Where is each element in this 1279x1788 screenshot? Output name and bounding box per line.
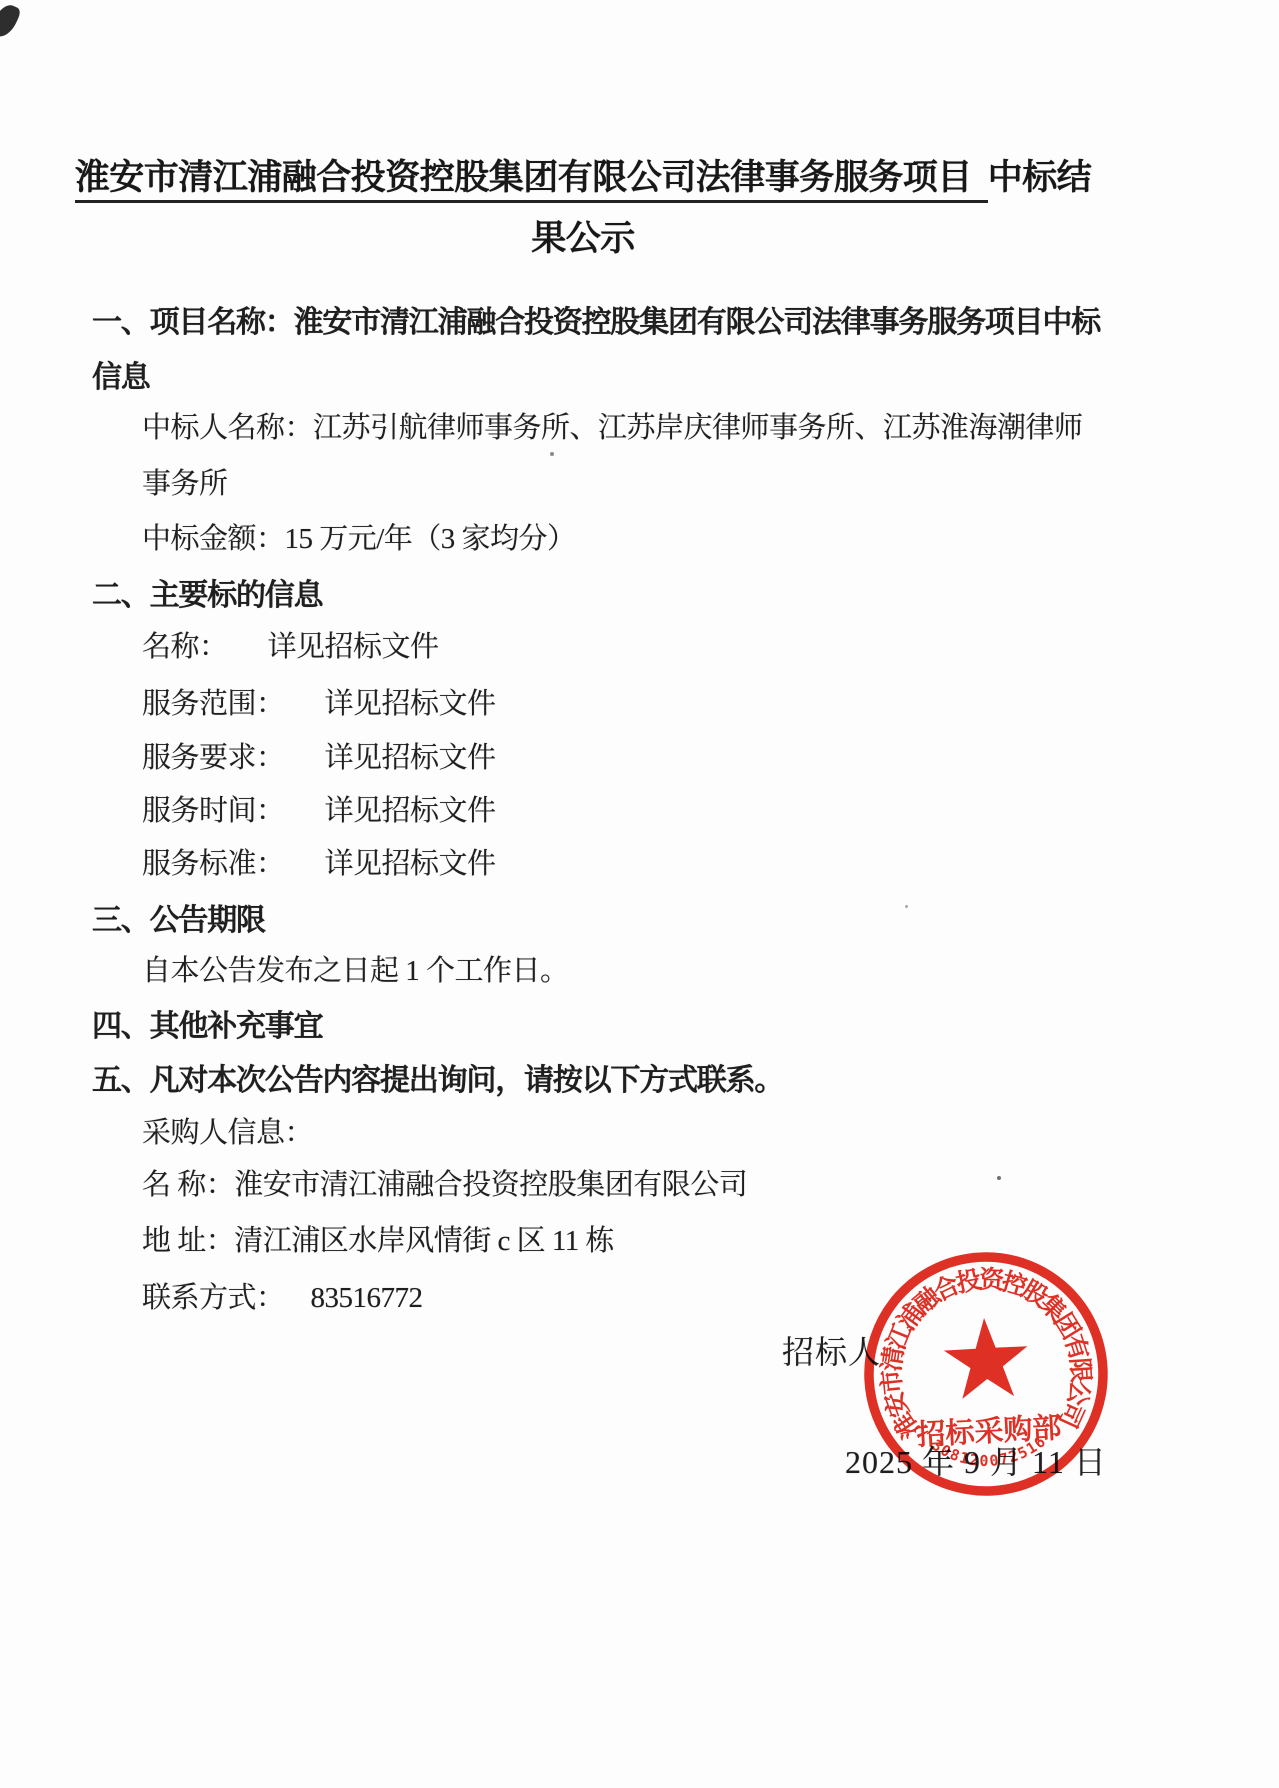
title-suffix: 中标结 <box>988 158 1092 197</box>
purchaser-address-value: 清江浦区水岸风情街 c 区 11 栋 <box>234 1225 614 1257</box>
purchaser-address-row: 地 址：清江浦区水岸风情街 c 区 11 栋 <box>142 1218 614 1259</box>
purchaser-contact-value: 83516772 <box>311 1282 423 1314</box>
scan-speck <box>550 452 554 456</box>
seal-star-icon <box>942 1316 1030 1400</box>
winner-names-line1: 中标人名称：江苏引航律师事务所、江苏岸庆律师事务所、江苏淮海潮律师 <box>142 405 1083 446</box>
announcement-period-text: 自本公告发布之日起 1 个工作日。 <box>142 948 569 989</box>
purchaser-name-value: 淮安市清江浦融合投资控股集团有限公司 <box>234 1169 747 1201</box>
purchaser-info-heading: 采购人信息： <box>142 1110 313 1151</box>
section1-heading-line2: 信息 <box>92 352 150 396</box>
item-row-scope: 服务范围：详见招标文件 <box>142 681 496 722</box>
purchaser-name-label: 名 称： <box>142 1169 234 1201</box>
purchaser-address-label: 地 址： <box>142 1225 234 1257</box>
scan-speck <box>997 1176 1001 1180</box>
item-value: 详见招标文件 <box>325 848 496 880</box>
purchaser-contact-row: 联系方式：83516772 <box>142 1275 423 1316</box>
item-label: 服务时间： <box>142 795 285 827</box>
project-name-underlined: 淮安市清江浦融合投资控股集团有限公司法律事务服务项目 <box>75 158 988 203</box>
section4-heading: 四、其他补充事宜 <box>92 1001 322 1045</box>
document-page: 淮安市清江浦融合投资控股集团有限公司法律事务服务项目中标结 果公示 一、项目名称… <box>0 0 1279 1788</box>
item-label: 服务范围： <box>142 688 285 720</box>
item-label: 服务标准： <box>142 848 285 880</box>
item-value: 详见招标文件 <box>268 631 439 663</box>
item-label: 名称： <box>142 631 228 663</box>
document-title-line-2: 果公示 <box>0 211 1166 261</box>
item-value: 详见招标文件 <box>325 688 496 720</box>
purchaser-contact-label: 联系方式： <box>142 1282 285 1314</box>
winner-names-line2: 事务所 <box>142 461 228 502</box>
section2-heading: 二、主要标的信息 <box>92 570 322 614</box>
section3-heading: 三、公告期限 <box>92 895 265 939</box>
item-value: 详见招标文件 <box>325 742 496 774</box>
scan-speck <box>905 905 908 908</box>
official-seal: 淮安市清江浦融合投资控股集团有限公司 招标采购部 308120072516 <box>854 1242 1120 1508</box>
item-row-requirements: 服务要求：详见招标文件 <box>142 735 496 776</box>
section5-heading: 五、凡对本次公告内容提出询问，请按以下方式联系。 <box>92 1055 783 1099</box>
item-value: 详见招标文件 <box>325 795 496 827</box>
scan-artifact-corner <box>0 1 22 41</box>
item-row-name: 名称：详见招标文件 <box>142 624 439 665</box>
winning-amount-line: 中标金额：15 万元/年（3 家均分） <box>142 516 576 557</box>
item-label: 服务要求： <box>142 742 285 774</box>
section1-heading-line1: 一、项目名称：淮安市清江浦融合投资控股集团有限公司法律事务服务项目中标 <box>92 297 1100 341</box>
item-row-time: 服务时间：详见招标文件 <box>142 788 496 829</box>
purchaser-name-row: 名 称：淮安市清江浦融合投资控股集团有限公司 <box>142 1162 747 1203</box>
document-title-line-1: 淮安市清江浦融合投资控股集团有限公司法律事务服务项目中标结 <box>0 150 1166 200</box>
item-row-standard: 服务标准：详见招标文件 <box>142 841 496 882</box>
